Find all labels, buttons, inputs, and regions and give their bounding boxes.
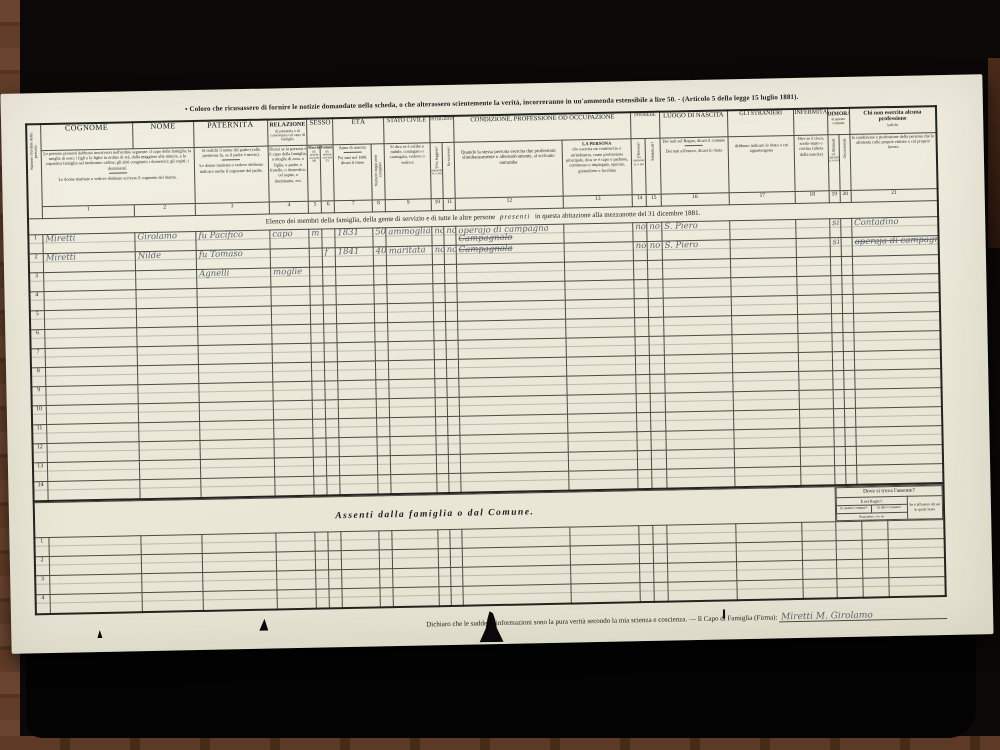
signature-line: Miretti M. Girolamo [779, 610, 947, 622]
header-possiede: POSSIEDE [631, 112, 660, 139]
cell-anno: 1841 [336, 246, 374, 266]
cell-chi [854, 349, 941, 370]
handwritten-entry: Agnelli [197, 268, 271, 278]
cell-infermita [803, 559, 837, 579]
cell-paternita [198, 344, 273, 364]
cell-chi [854, 330, 941, 351]
cell-abituale [831, 294, 842, 313]
cell-scrive [447, 397, 459, 416]
cell-occasionale [845, 427, 856, 446]
column-number: 14 [633, 194, 647, 206]
cell-m [312, 380, 325, 399]
cell-relazione [274, 438, 314, 458]
cell-nome [136, 307, 197, 327]
cell-terreni [636, 355, 650, 374]
cell-anno [338, 360, 376, 380]
header-stranieri: GLI STRANIERI [727, 109, 794, 136]
cell-paternita [197, 306, 272, 326]
cell-occasionale [843, 370, 854, 389]
cell-cond [459, 395, 567, 416]
cell-legge [433, 264, 445, 283]
cell-cond [457, 300, 565, 321]
cell-anni [376, 398, 389, 417]
header-istruzione: ISTRUZIONE [430, 116, 455, 142]
cell-cognome [50, 592, 143, 613]
cell-abituale [832, 351, 843, 370]
handwritten-entry: Campagnola [457, 243, 564, 254]
cell-cognome [47, 460, 140, 481]
cell-luogo [668, 561, 737, 581]
cell-anno [339, 436, 377, 456]
cell-cognome [44, 289, 137, 310]
cell-infermita [796, 218, 830, 238]
absent-box-table: Dove si trova l'assente? È nel Regno? Se… [835, 485, 943, 521]
cell-stato [392, 529, 439, 549]
cell-n: 2 [35, 556, 49, 575]
cell-paternita [198, 382, 273, 402]
cell-abituale [830, 275, 841, 294]
cell-cond [462, 546, 570, 567]
cell-legge [433, 283, 445, 302]
cell-persona [569, 469, 639, 490]
cell-f [323, 266, 336, 285]
cell-persona [570, 563, 640, 583]
cell-altro [862, 539, 889, 559]
cell-n: 4 [36, 594, 50, 614]
cell-relazione [270, 248, 310, 268]
cell-persona [566, 336, 636, 356]
header-chi-non-esercita: Chi non esercita alcuna professione indi… [849, 106, 936, 134]
cell-anni [379, 549, 392, 568]
cell-persona [565, 298, 635, 318]
cell-stato: ammogliato [386, 226, 433, 246]
cell-legge: no [432, 245, 444, 264]
cell-paternita [203, 589, 278, 610]
handwritten-entry: no [648, 222, 661, 230]
cell-anni [375, 379, 388, 398]
cell-stato [389, 397, 436, 417]
column-number: 9 [385, 198, 432, 211]
cell-cond [463, 584, 571, 606]
cell-stato [390, 435, 437, 455]
cell-stato [392, 548, 439, 568]
cell-persona [568, 450, 638, 470]
absent-box: Dove si trova l'assente? È nel Regno? Se… [835, 484, 944, 521]
cell-infermita [796, 237, 830, 257]
cell-fabbricati [654, 563, 668, 582]
cell-paternita [202, 570, 277, 590]
cell-occasionale [841, 256, 852, 275]
cell-altro [862, 520, 889, 540]
cell-anno [339, 398, 377, 418]
cell-stato [390, 473, 437, 493]
cell-chi [853, 292, 940, 313]
cell-occasionale [845, 446, 856, 465]
cell-anni [379, 568, 392, 587]
cell-nome [138, 364, 199, 384]
cell-legge [438, 529, 450, 548]
cell-f [323, 285, 336, 304]
cell-cognome [44, 308, 137, 329]
cell-persona [570, 525, 640, 545]
cell-anni [375, 360, 388, 379]
wood-table-bottom-edge [0, 736, 1000, 750]
cell-luogo: S. Piero [662, 239, 731, 259]
cell-scrive [450, 548, 462, 567]
cell-anno [336, 284, 374, 304]
cell-stato [387, 321, 434, 341]
cell-infermita [797, 275, 831, 295]
cell-chi [852, 254, 939, 275]
cell-chi [855, 406, 942, 427]
handwritten-entry: 1841 [336, 247, 372, 256]
cell-f: f [323, 247, 336, 266]
cell-legge [439, 567, 451, 586]
cell-stato: maritata [386, 245, 433, 265]
cell-nome [136, 269, 197, 289]
cell-anno [339, 417, 377, 437]
desc-relazione: Dicasi se la persona è il capo della fam… [268, 145, 308, 202]
cell-anni: 40 [373, 246, 386, 265]
cell-f [329, 588, 342, 608]
cell-f [324, 304, 337, 323]
cell-abituale: sì [830, 237, 841, 256]
cell-nome [140, 459, 201, 479]
cell-anno [342, 587, 380, 607]
handwritten-entry: capo [270, 229, 308, 238]
cell-luogo: S. Piero [661, 220, 730, 240]
cell-fabbricati [652, 469, 666, 489]
cell-legge [435, 378, 447, 397]
cell-n: 1 [34, 537, 48, 556]
cell-anni [374, 284, 387, 303]
cell-fabbricati [651, 412, 665, 431]
cell-infermita [802, 540, 836, 560]
cell-anno [338, 379, 376, 399]
cell-m [316, 588, 329, 608]
desc-sa-scrivere: Sa scrivere? [442, 142, 455, 198]
header-condizione: CONDIZIONE, PROFESSIONE OD OCCUPAZIONE [454, 112, 632, 142]
cell-terreni [639, 525, 653, 544]
cell-cond [463, 565, 571, 586]
cell-occasionale [844, 408, 855, 427]
cell-relazione [277, 589, 317, 609]
column-number: 4 [269, 201, 308, 214]
cell-chi [855, 387, 942, 408]
cell-persona [565, 279, 635, 299]
cell-cond: operajo di campagnaCampagnolo [456, 224, 564, 245]
cell-cond [457, 281, 565, 302]
column-number: 19 [829, 190, 840, 202]
cell-n: 11 [32, 424, 46, 443]
cell-luogo [666, 448, 735, 468]
desc-chi-non-esercita: la condizione o professione della person… [850, 132, 938, 190]
cell-m [312, 361, 325, 380]
desc-anni-compiuti: Numero degli anni compiuti [371, 143, 385, 199]
cell-relazione [273, 381, 313, 401]
cell-persona [568, 431, 638, 451]
cell-terreni [634, 260, 648, 279]
handwritten-entry: operaja di campagna [852, 235, 937, 246]
handwritten-entry: no [444, 226, 455, 234]
cell-cognome: Miretti [42, 232, 135, 253]
cell-cognome [47, 479, 140, 500]
cell-legge [434, 359, 446, 378]
cell-f [328, 531, 341, 550]
cell-anno [337, 322, 375, 342]
cell-cognome [48, 535, 141, 556]
header-cognome: COGNOME [40, 122, 133, 150]
cell-abituale: sì [829, 218, 840, 237]
cell-scrive [446, 321, 458, 340]
cell-stranieri [732, 314, 799, 334]
cell-f [325, 380, 338, 399]
desc-infermita: Dire se è cieco, sordo-muto o cretino (i… [794, 134, 828, 191]
cell-luogo [663, 315, 732, 335]
cell-cognome [45, 346, 138, 367]
header-stato-civile: STATO CIVILE [383, 116, 430, 143]
cell-relazione [272, 324, 312, 344]
desc-stato-civile: Si dica se è celibe o nubile, coniugato … [384, 142, 431, 199]
cell-stranieri [736, 522, 803, 542]
cell-f [329, 550, 342, 569]
cell-f [324, 323, 337, 342]
ink-blot-small-3 [723, 609, 725, 618]
cell-paternita [199, 419, 274, 439]
desc-anno-nascita: Anno di nascita Pei nati nel 1881 dicasi… [334, 143, 372, 200]
cell-cond [462, 527, 570, 548]
cell-nome [137, 326, 198, 346]
cell-relazione: capo [270, 229, 310, 249]
cell-legge [434, 340, 446, 359]
cell-infermita [798, 332, 832, 352]
cell-f [326, 399, 339, 418]
declaration: Dichiaro che le suddette informazioni so… [11, 610, 947, 638]
handwritten-entry: moglie [271, 267, 309, 276]
cell-cognome [43, 270, 136, 291]
cell-n: 1 [28, 234, 42, 253]
cell-chi: Contadino [851, 216, 938, 237]
cell-luogo [664, 372, 733, 392]
cell-persona [571, 582, 641, 603]
cell-nome [136, 288, 197, 308]
cell-relazione [274, 419, 314, 439]
cell-m [316, 569, 329, 588]
cell-terreni [637, 393, 651, 412]
cell-cond [459, 357, 567, 378]
cell-f [327, 475, 340, 495]
cell-f [324, 342, 337, 361]
cell-occasionale [843, 351, 854, 370]
cell-anni [377, 436, 390, 455]
cell-chi: operaja di campagna [852, 235, 939, 256]
cell-occasionale [840, 218, 851, 237]
cell-infermita [798, 313, 832, 333]
cell-infermita [801, 446, 835, 466]
cell-cond [460, 433, 568, 454]
handwritten-entry: Miretti [43, 251, 135, 262]
cell-terreni [635, 298, 649, 317]
cell-questo [837, 578, 864, 598]
cell-stranieri [730, 238, 797, 258]
cell-scrive [449, 473, 461, 493]
cell-n: 10 [32, 405, 46, 424]
cell-infermita [800, 427, 834, 447]
cell-anni: 50 [372, 227, 385, 246]
cell-anno [340, 455, 378, 475]
cell-abituale [831, 313, 842, 332]
cell-occasionale [842, 294, 853, 313]
cell-stato [387, 302, 434, 322]
cell-anno [342, 549, 380, 569]
cell-abituale [834, 465, 845, 485]
column-number: 8 [372, 199, 385, 211]
cell-scrive [451, 567, 463, 586]
cell-chi [854, 368, 941, 389]
cell-stranieri [733, 409, 800, 429]
cell-m [311, 342, 324, 361]
cell-relazione [276, 551, 316, 571]
cell-stato [388, 340, 435, 360]
header-luogo-nascita: LUOGO DI NASCITA [659, 110, 728, 137]
handwritten-entry: sì [830, 219, 840, 227]
cell-infermita [798, 294, 832, 314]
column-number: 11 [443, 198, 455, 210]
cell-paternita [200, 457, 275, 477]
handwritten-entry: no [648, 241, 661, 249]
cell-m [312, 399, 325, 418]
cell-fabbricati [649, 336, 663, 355]
handwritten-entry: Girolamo [135, 231, 195, 241]
desc-femmine: Femmine (Si indichi con una F) [320, 144, 334, 200]
cell-stranieri [732, 352, 799, 372]
cell-legge: no [432, 226, 444, 245]
cell-nome [139, 440, 200, 460]
cell-nome [140, 478, 201, 499]
cell-chi [856, 425, 943, 446]
cell-luogo [666, 467, 735, 488]
cell-n: 7 [31, 348, 45, 367]
cell-nome [139, 421, 200, 441]
cell-cond [460, 414, 568, 435]
cell-stato [386, 264, 433, 284]
desc-fabbricati: Fabbricati? [645, 138, 660, 194]
cell-stranieri [731, 295, 798, 315]
cell-relazione [272, 362, 312, 382]
cell-fabbricati: no [647, 222, 661, 241]
cell-anno [337, 341, 375, 361]
column-number: 10 [431, 198, 443, 210]
handwritten-entry: no [634, 241, 647, 249]
cell-anni [374, 303, 387, 322]
handwritten-entry: Campagnolo [457, 232, 564, 243]
cell-stranieri [732, 333, 799, 353]
cell-legge [436, 416, 448, 435]
cell-nome [138, 402, 199, 422]
desc-due-professioni: Quando la stessa persona esercita due pr… [454, 140, 563, 198]
cell-paternita: fu Tomaso [196, 249, 271, 269]
cell-relazione [275, 476, 315, 496]
cell-fabbricati: no [648, 241, 662, 260]
cell-cognome [45, 384, 138, 405]
cell-f [329, 569, 342, 588]
photo-background: • Coloro che ricusassero di fornire le n… [0, 0, 1000, 750]
header-paternita: PATERNITÀ [193, 120, 268, 147]
cell-cognome [49, 573, 142, 594]
cell-terreni [640, 582, 654, 602]
cell-legge [436, 454, 448, 473]
cell-paternita [197, 325, 272, 345]
cell-abituale [832, 332, 843, 351]
cell-questo [836, 540, 863, 560]
cell-occasionale [841, 275, 852, 294]
cell-stato [389, 416, 436, 436]
desc-luogo-nascita: Dei nati nel Regno, dicasi il comune Dei… [660, 136, 730, 193]
cell-persona [564, 241, 634, 261]
column-number: 18 [796, 190, 829, 203]
column-number: 6 [322, 200, 335, 212]
cell-paternita [199, 400, 274, 420]
cell-paternita: Agnelli [196, 268, 271, 288]
cell-paternita [201, 532, 276, 552]
header-eta: ETÀ [333, 117, 384, 144]
cell-terreni: no [633, 241, 647, 260]
handwritten-entry: m [310, 229, 322, 237]
cell-n: 4 [29, 291, 43, 310]
cell-anno [340, 474, 378, 494]
column-number: 7 [335, 199, 372, 212]
cell-fabbricati [650, 374, 664, 393]
cell-cognome [49, 554, 142, 575]
cell-stranieri [736, 541, 803, 561]
cell-stranieri [734, 428, 801, 448]
cell-anni [377, 455, 390, 474]
cell-luogo [662, 258, 731, 278]
cell-cognome [44, 327, 137, 348]
cell-m [315, 550, 328, 569]
cell-paternita [200, 438, 275, 458]
cell-f [326, 437, 339, 456]
cell-relazione [273, 400, 313, 420]
cell-luogo [664, 334, 733, 354]
cell-abituale [834, 446, 845, 465]
cell-infermita [799, 351, 833, 371]
cell-persona [566, 355, 636, 375]
cell-anno: 1831 [335, 227, 373, 247]
cell-n: 2 [29, 253, 43, 272]
cell-cond [459, 376, 567, 397]
cell-terreni [638, 450, 652, 469]
handwritten-entry: Contadino [852, 216, 937, 227]
cell-relazione [277, 570, 317, 590]
cell-occasionale [845, 465, 856, 485]
cell-cognome [46, 422, 139, 443]
cell-relazione [272, 343, 312, 363]
cell-terreni [636, 374, 650, 393]
handwritten-entry: ammogliato [386, 227, 432, 236]
handwritten-entry: no [634, 222, 647, 230]
cell-cognome [47, 441, 140, 462]
cell-terreni [635, 336, 649, 355]
cell-fabbricati [654, 582, 668, 602]
cell-scrive: no [444, 245, 456, 264]
cell-scrive [447, 359, 459, 378]
cell-altro [862, 558, 889, 578]
cell-cond [461, 452, 569, 473]
cell-terreni [637, 431, 651, 450]
cell-scrive [451, 586, 463, 606]
cell-fabbricati [648, 260, 662, 279]
